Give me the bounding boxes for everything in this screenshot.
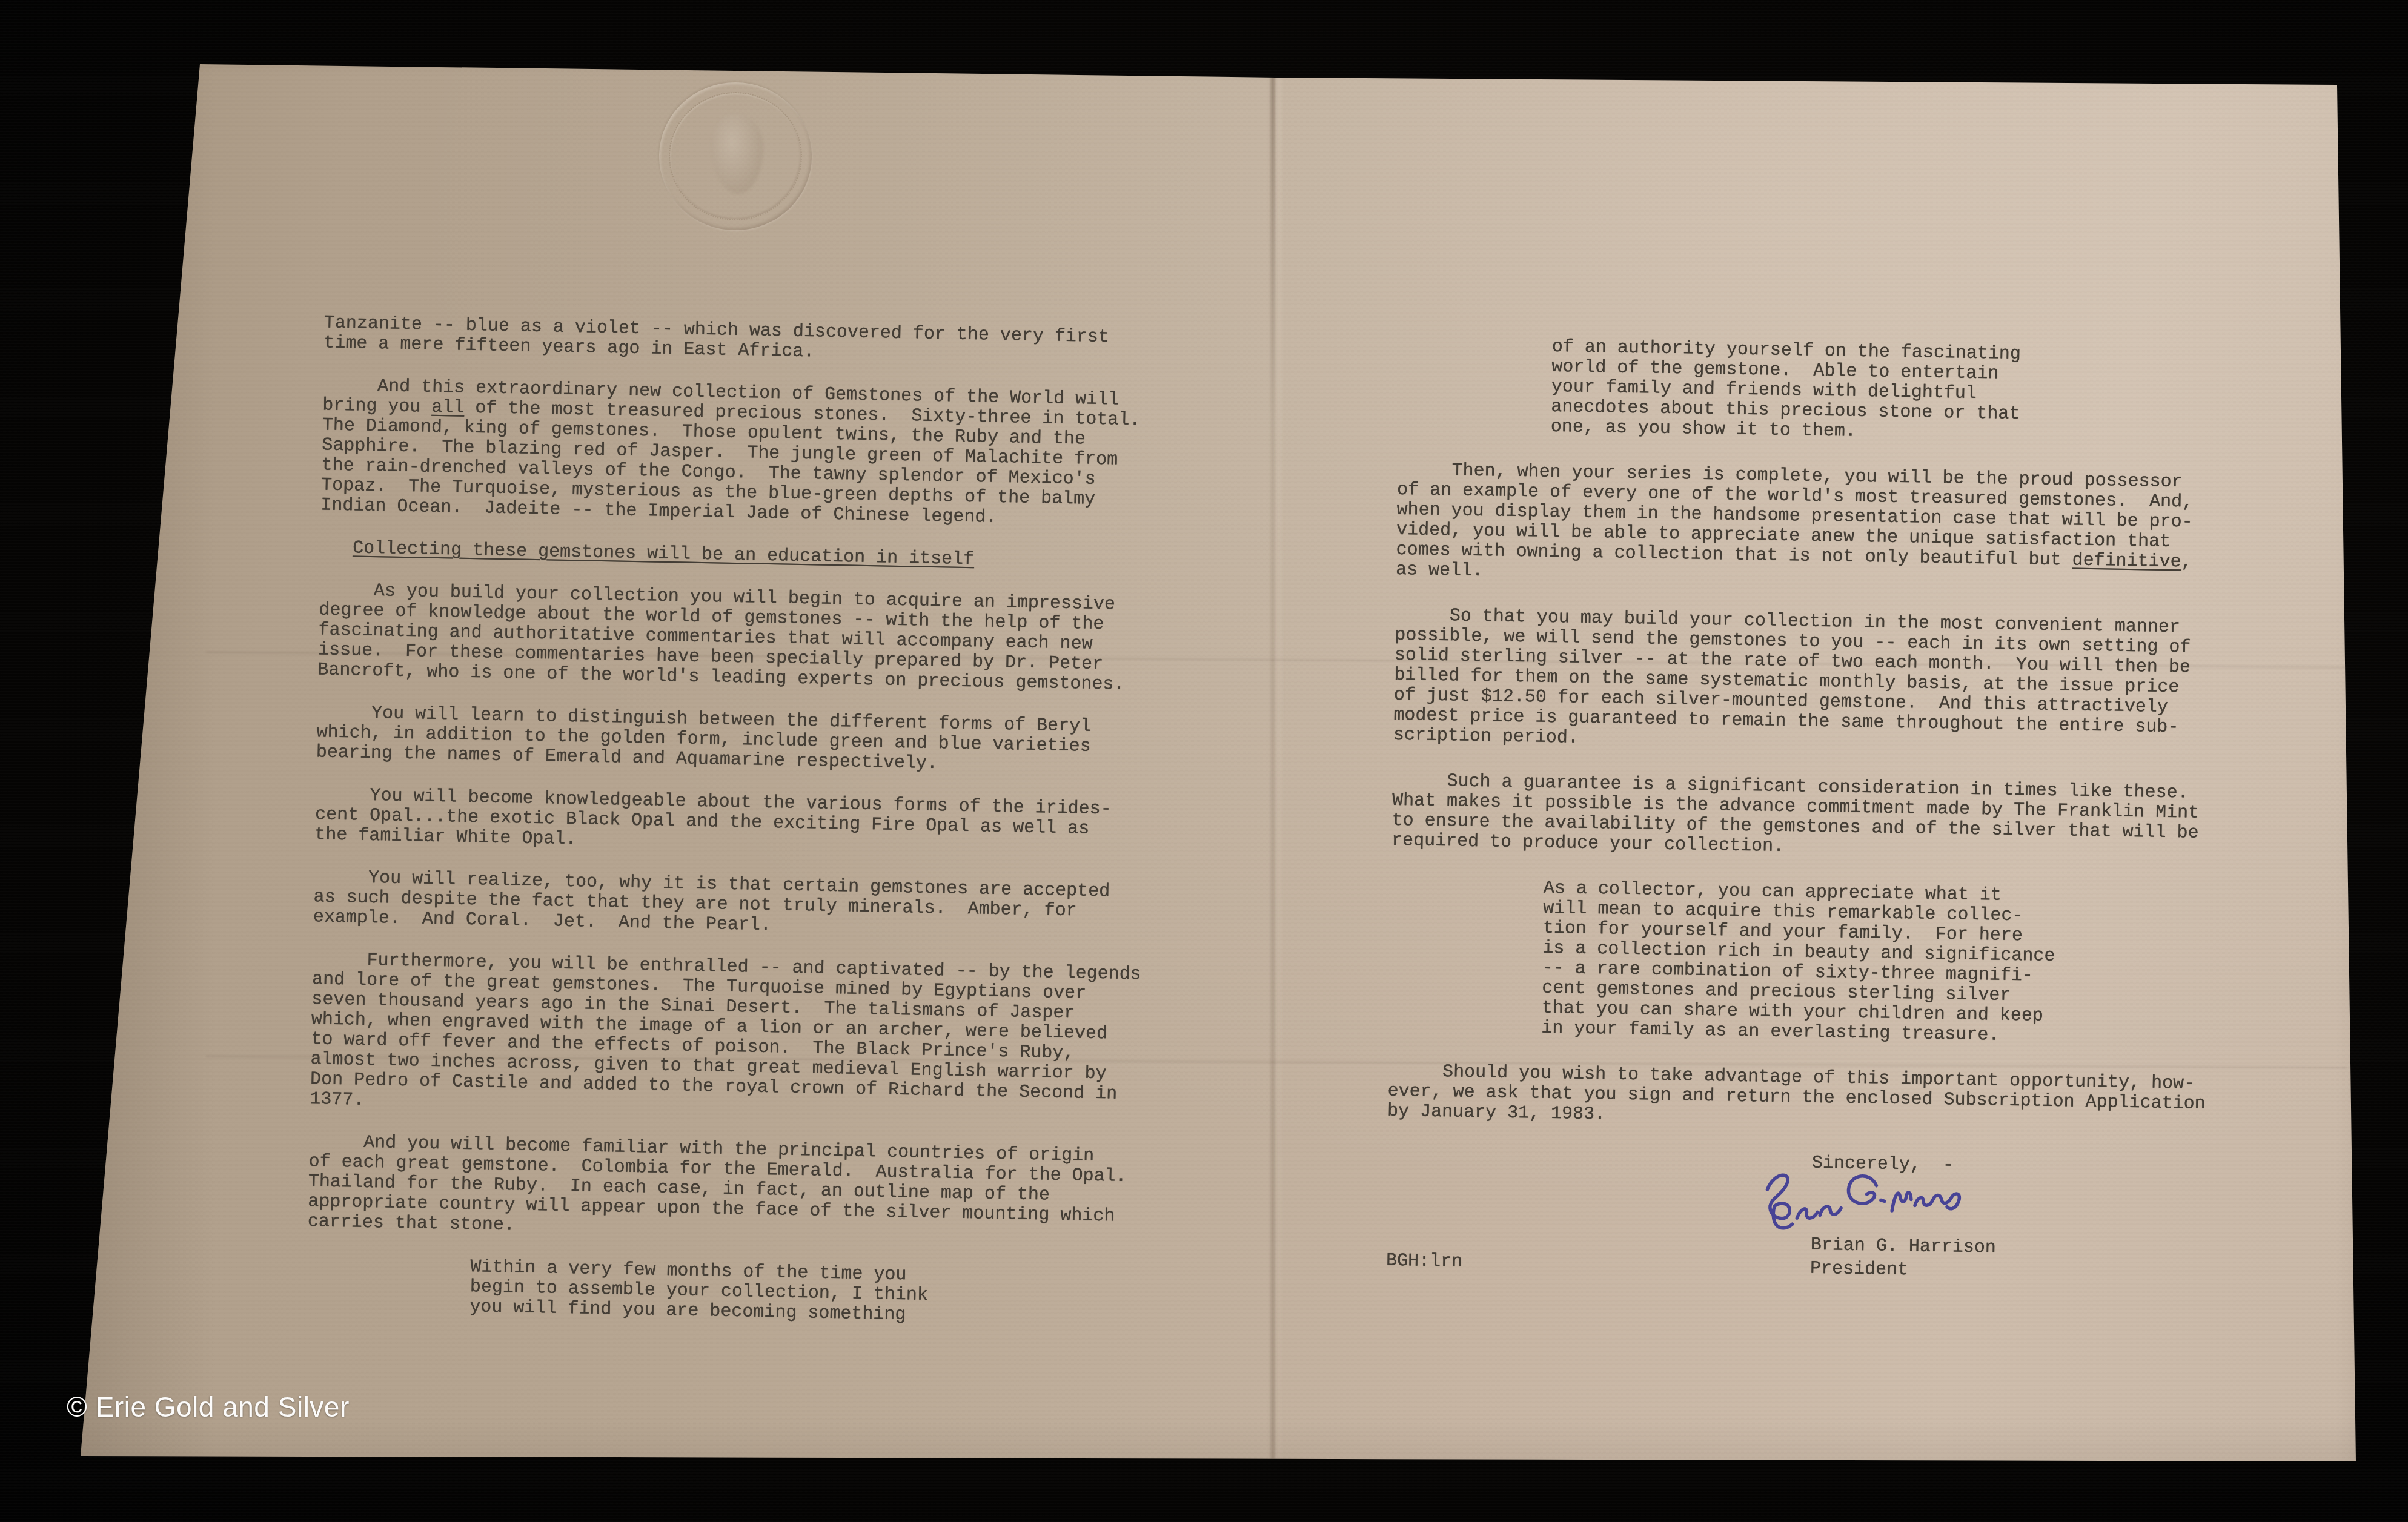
indented-paragraph: As a collector, you can appreciate what … [1388, 876, 2239, 1050]
underlined-word: all [431, 397, 465, 419]
photo-credit: © Erie Gold and Silver [67, 1391, 350, 1423]
embossed-seal [659, 82, 812, 230]
letter-paper: Tanzanite -- blue as a violet -- which w… [0, 0, 2408, 1522]
paragraph: You will become knowledgeable about the … [314, 785, 1224, 861]
paragraph: Then, when your series is complete, you … [1396, 460, 2246, 594]
typed-sender-name: Brian G. Harrison [1810, 1236, 2233, 1262]
paragraph: And this extraordinary new collection of… [320, 376, 1232, 532]
section-heading: Collecting these gemstones will be an ed… [353, 538, 1229, 574]
letter-page-left: Tanzanite -- blue as a violet -- which w… [305, 314, 1233, 1354]
indented-paragraph: Within a very few months of the time you… [306, 1254, 1216, 1331]
paragraph: As you build your collection you will be… [317, 580, 1228, 696]
section-heading-text: Collecting these gemstones will be an ed… [353, 538, 975, 570]
center-fold-crease [1271, 73, 1275, 1460]
paragraph-text: of the most treasured precious stones. S… [320, 398, 1141, 528]
paragraph: Such a guarantee is a significant consid… [1391, 771, 2241, 864]
signature-ink [1757, 1164, 1962, 1235]
center-fold-highlight [1276, 76, 1282, 1460]
indented-paragraph: of an authority yourself on the fascinat… [1398, 335, 2247, 448]
underlined-word: definitive [2072, 551, 2181, 573]
paragraph: You will learn to distinguish between th… [316, 703, 1226, 779]
typist-reference: BGH:lrn [1386, 1251, 1463, 1272]
paragraph: Furthermore, you will be enthralled -- a… [310, 950, 1221, 1126]
paragraph: And you will become familiar with the pr… [307, 1132, 1218, 1248]
signature-block: Sincerely, - Brian G. Harrison President [1385, 1147, 2235, 1286]
paragraph: You will realize, too, why it is that ce… [313, 867, 1223, 944]
paragraph: So that you may build your collection in… [1393, 606, 2243, 759]
paragraph: Should you wish to take advantage of thi… [1387, 1062, 2236, 1135]
letter-page-right: of an authority yourself on the fascinat… [1385, 335, 2247, 1286]
handwritten-signature [1757, 1164, 2235, 1239]
